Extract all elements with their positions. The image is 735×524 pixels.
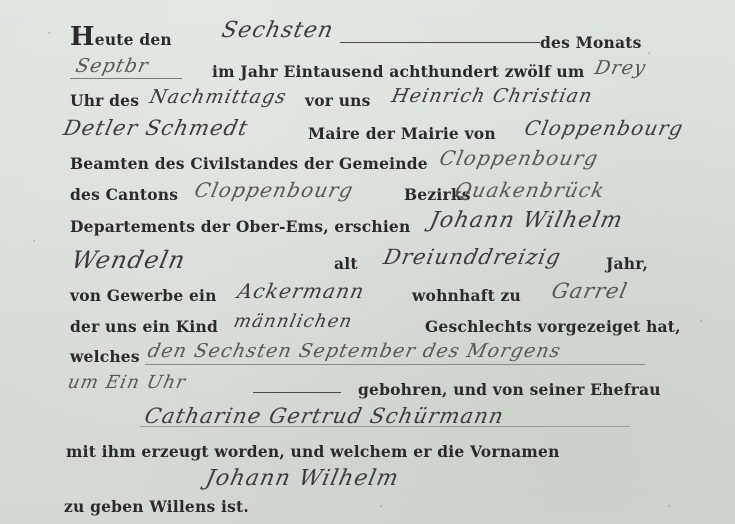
handwritten-father-age: Dreiunddreizig [381,245,563,269]
handwritten-official-surname: Detler Schmedt [61,116,250,140]
fill-in-rule [253,392,341,393]
paper-speck [700,320,702,322]
printed-uhr-des: Uhr des [70,91,139,110]
printed-mit-ihm-erzeugt: mit ihm erzeugt worden, und welchem er d… [66,442,560,461]
handwritten-day: Sechsten [219,18,336,43]
printed-wohnhaft-zu: wohnhaft zu [412,286,521,305]
handwritten-canton: Cloppenbourg [192,178,356,202]
printed-gebohren-ehefrau: gebohren, und von seiner Ehefrau [358,380,661,399]
handwritten-birth-hour: um Ein Uhr [66,372,188,393]
fill-in-rule [145,364,645,365]
fill-in-rule [70,78,182,79]
handwritten-mother-name: Catharine Gertrud Schürmann [142,404,506,428]
handwritten-mairie: Cloppenbourg [522,116,686,140]
printed-zu-geben-willens: zu geben Willens ist. [64,497,249,516]
handwritten-bezirk: Quakenbrück [452,178,607,202]
printed-der-uns-ein-kind: der uns ein Kind [70,317,218,336]
handwritten-time-of-day: Nachmittags [148,86,289,108]
handwritten-official-first-names: Heinrich Christian [390,85,595,107]
paper-speck [380,505,382,507]
paper-speck [648,52,650,54]
printed-year-phrase: im Jahr Eintausend achthundert zwölf um [212,62,584,81]
printed-alt: alt [334,254,358,273]
paper-speck [668,505,670,507]
printed-geschlechts-vorgezeiget: Geschlechts vorgezeiget hat, [425,317,681,336]
handwritten-birth-date: den Sechsten September des Morgens [146,340,564,362]
printed-heute-den: Heute den [70,22,172,52]
handwritten-residence: Garrel [549,279,630,303]
handwritten-father-surname: Wendeln [69,246,188,274]
printed-jahr: Jahr, [606,254,648,273]
handwritten-child-given-names: Johann Wilhelm [203,466,401,491]
fill-in-rule [340,42,540,43]
printed-welches: welches [70,347,140,366]
fill-in-rule [140,426,630,427]
handwritten-child-sex: männlichen [232,311,355,332]
paper-speck [33,240,35,242]
printed-des-monats: des Monats [540,33,642,52]
handwritten-month: Septbr [74,55,151,77]
printed-von-gewerbe-ein: von Gewerbe ein [70,286,217,305]
paper-speck [48,32,50,34]
printed-des-cantons: des Cantons [70,185,178,204]
printed-beamten-civilstandes: Beamten des Civilstandes der Gemeinde [70,154,428,173]
printed-maire-der-mairie-von: Maire der Mairie von [308,124,496,143]
register-page: Heute den Sechsten des Monats Septbr im … [0,0,735,524]
handwritten-hour: Drey [593,57,649,79]
printed-vor-uns: vor uns [305,91,371,110]
printed-departements: Departements der Ober-Ems, erschien [70,217,410,236]
handwritten-gemeinde: Cloppenbourg [437,146,601,170]
handwritten-occupation: Ackermann [235,279,367,303]
handwritten-father-given-names: Johann Wilhelm [427,208,625,233]
